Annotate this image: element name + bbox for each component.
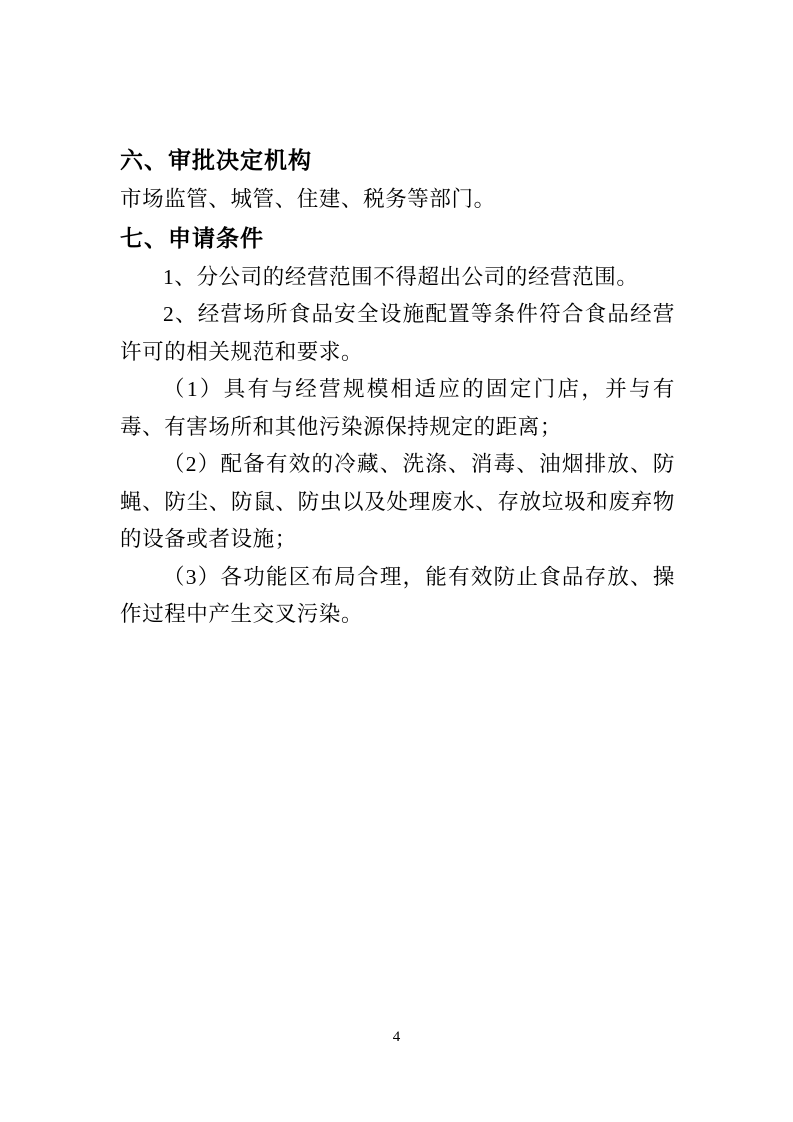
- paragraph-departments: 市场监管、城管、住建、税务等部门。: [120, 181, 675, 219]
- section-heading-application-conditions: 七、申请条件: [120, 219, 675, 257]
- paragraph-condition-2: 2、经营场所食品安全设施配置等条件符合食品经营许可的相关规范和要求。: [120, 296, 675, 371]
- paragraph-subitem-3: （3）各功能区布局合理，能有效防止食品存放、操作过程中产生交叉污染。: [120, 559, 675, 634]
- paragraph-condition-1: 1、分公司的经营范围不得超出公司的经营范围。: [120, 259, 675, 297]
- paragraph-subitem-1: （1）具有与经营规模相适应的固定门店，并与有毒、有害场所和其他污染源保持规定的距…: [120, 371, 675, 446]
- document-body: 六、审批决定机构 市场监管、城管、住建、税务等部门。 七、申请条件 1、分公司的…: [0, 0, 793, 634]
- paragraph-subitem-2: （2）配备有效的冷藏、洗涤、消毒、油烟排放、防蝇、防尘、防鼠、防虫以及处理废水、…: [120, 446, 675, 559]
- section-heading-approval-authority: 六、审批决定机构: [120, 141, 675, 179]
- page-number: 4: [0, 1028, 793, 1046]
